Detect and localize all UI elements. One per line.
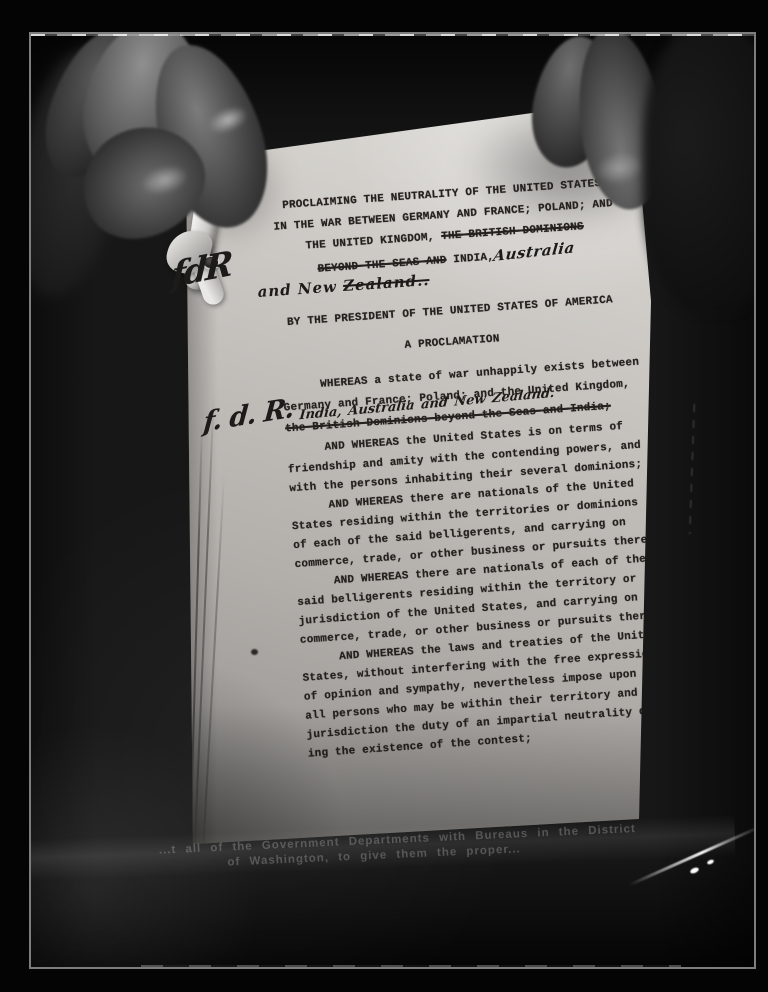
handwritten-text: and New bbox=[257, 277, 344, 301]
typed-text: INDIA, bbox=[446, 251, 494, 266]
ink-spot bbox=[251, 649, 258, 655]
vertical-scratch bbox=[689, 404, 696, 534]
scratch-highlight bbox=[706, 859, 714, 866]
page-edge-line bbox=[201, 473, 225, 872]
photo-plate: PROCLAIMING THE NEUTRALITY OF THE UNITED… bbox=[29, 32, 756, 969]
scratch-highlight bbox=[689, 866, 699, 874]
photograph: PROCLAIMING THE NEUTRALITY OF THE UNITED… bbox=[0, 0, 768, 992]
struck-text: Zealand.. bbox=[342, 271, 430, 295]
right-hand-mass bbox=[643, 32, 756, 312]
plate-edge-glint-top bbox=[31, 34, 754, 36]
typed-text: A PROCLAMATION bbox=[404, 333, 500, 352]
plate-edge-glint-bottom bbox=[141, 965, 681, 967]
document-text: PROCLAIMING THE NEUTRALITY OF THE UNITED… bbox=[269, 173, 653, 765]
